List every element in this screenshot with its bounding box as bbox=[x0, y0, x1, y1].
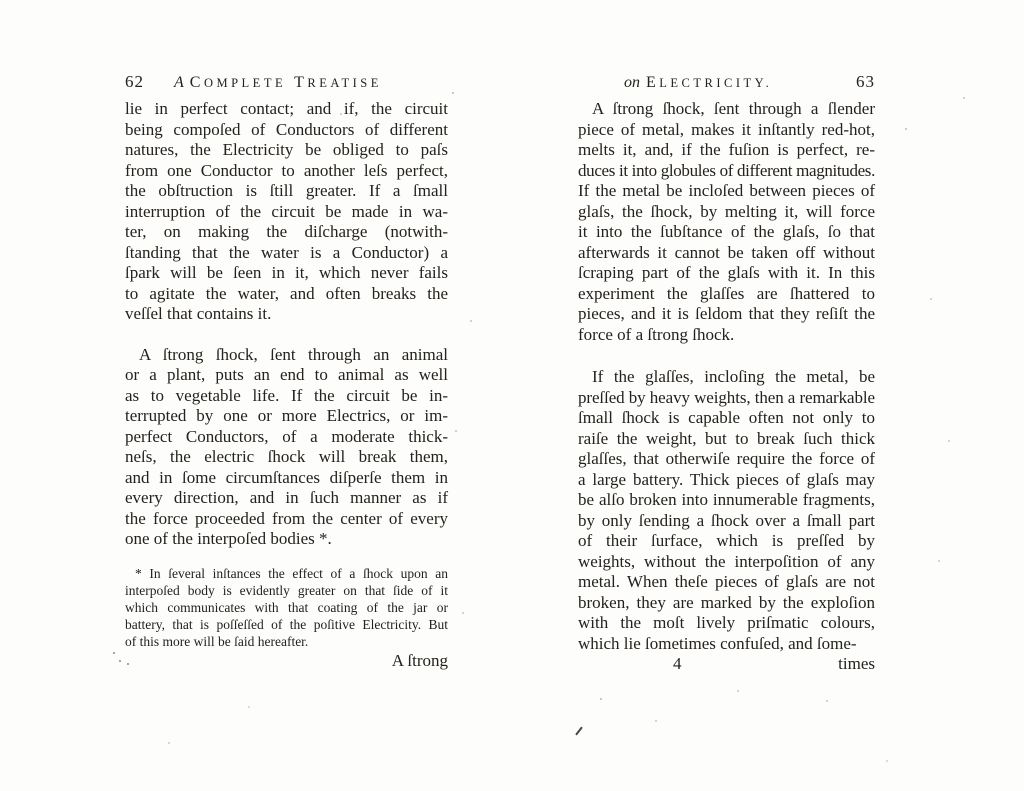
text-line: which lie ſometimes confuſed, and ſome- bbox=[578, 634, 875, 655]
text-line: battery, that is poſſeſſed of the poſiti… bbox=[125, 616, 448, 633]
scan-speck bbox=[470, 320, 472, 322]
scan-speck bbox=[930, 298, 932, 300]
scan-speck bbox=[938, 560, 940, 562]
scan-speck bbox=[655, 720, 657, 722]
title-word-rest: LECTRICITY. bbox=[659, 76, 772, 90]
text-line: If the glaſſes, incloſing the metal, be bbox=[578, 367, 875, 388]
running-header-right: onELECTRICITY. 63 bbox=[578, 72, 875, 96]
text-line: metal. When theſe pieces of glaſs are no… bbox=[578, 572, 875, 593]
title-italic-on: on bbox=[624, 74, 640, 91]
text-line: experiment the glaſſes are ſhattered to bbox=[578, 284, 875, 305]
text-line: force of a ſtrong ſhock. bbox=[578, 325, 875, 346]
page-number-right: 63 bbox=[856, 72, 875, 92]
scan-speck bbox=[340, 113, 342, 115]
text-line: ſtanding that the water is a Conductor) … bbox=[125, 243, 448, 264]
page-title-left: ACOMPLETETREATISE bbox=[174, 72, 382, 92]
text-line: ter, on making the diſcharge (notwith- bbox=[125, 222, 448, 243]
scan-speck bbox=[826, 700, 828, 702]
text-line: perfect Conductors, of a moderate thick- bbox=[125, 427, 448, 448]
running-header-left: 62 ACOMPLETETREATISE bbox=[125, 72, 448, 96]
text-line: interpoſed body is evidently greater on … bbox=[125, 582, 448, 599]
scan-speck bbox=[455, 430, 457, 432]
text-line: veſſel that contains it. bbox=[125, 304, 448, 325]
text-line: A ſtrong ſhock, ſent through a ſlender bbox=[578, 99, 875, 120]
text-line: to agitate the water, and often breaks t… bbox=[125, 284, 448, 305]
text-line: afterwards it cannot be taken off withou… bbox=[578, 243, 875, 264]
text-line: it into the ſubſtance of the glaſs, ſo t… bbox=[578, 222, 875, 243]
catchword-row-left: A ſtrong bbox=[125, 651, 448, 672]
text-line: be alſo broken into innumerable fragment… bbox=[578, 490, 875, 511]
scan-speck bbox=[113, 652, 115, 654]
scan-speck bbox=[168, 742, 170, 744]
scan-speck bbox=[948, 440, 950, 442]
scan-speck bbox=[452, 92, 454, 94]
title-word-initial: E bbox=[646, 74, 659, 91]
text-line: neſs, the electric ſhock will break them… bbox=[125, 447, 448, 468]
text-line: ſmall ſhock is capable often not only to bbox=[578, 408, 875, 429]
scan-speck bbox=[127, 663, 129, 665]
title-italic-a: A bbox=[174, 74, 184, 91]
scan-speck bbox=[600, 698, 602, 700]
text-line: and in ſome circumſtances diſperſe them … bbox=[125, 468, 448, 489]
text-line: preſſed by heavy weights, then a remarka… bbox=[578, 388, 875, 409]
text-line: broken, they are marked by the exploſion bbox=[578, 593, 875, 614]
page-right: onELECTRICITY. 63 A ſtrong ſhock, ſent t… bbox=[578, 72, 875, 675]
text-line: the force proceeded from the center of e… bbox=[125, 509, 448, 530]
text-line: glaſſes, that otherwiſe require the forc… bbox=[578, 449, 875, 470]
scan-stray-mark bbox=[575, 726, 583, 735]
text-line: ſcraping part of the glaſs with it. In t… bbox=[578, 263, 875, 284]
book-scan: 62 ACOMPLETETREATISE lie in perfect cont… bbox=[0, 0, 1024, 791]
text-line: a large battery. Thick pieces of glaſs m… bbox=[578, 470, 875, 491]
text-line: raiſe the weight, but to break ſuch thic… bbox=[578, 429, 875, 450]
paragraph: A ſtrong ſhock, ſent through a ſlenderpi… bbox=[578, 99, 875, 345]
text-line: * In ſeveral inſtances the effect of a ſ… bbox=[125, 565, 448, 582]
title-word2-rest: REATISE bbox=[307, 76, 382, 90]
text-line: being compoſed of Conductors of differen… bbox=[125, 120, 448, 141]
scan-speck bbox=[462, 612, 464, 614]
signature-mark: 4 bbox=[673, 654, 682, 675]
title-word1-rest: OMPLETE bbox=[204, 76, 286, 90]
text-line: the obſtruction is ſtill greater. If a ſ… bbox=[125, 181, 448, 202]
text-line: one of the interpoſed bodies *. bbox=[125, 529, 448, 550]
text-line: If the metal be incloſed between pieces … bbox=[578, 181, 875, 202]
text-line: melts it, and, if the fuſion is perfect,… bbox=[578, 140, 875, 161]
title-word1-initial: C bbox=[190, 74, 204, 91]
text-line: natures, the Electricity be obliged to p… bbox=[125, 140, 448, 161]
text-line: with the moſt lively priſmatic colours, bbox=[578, 613, 875, 634]
page-left: 62 ACOMPLETETREATISE lie in perfect cont… bbox=[125, 72, 448, 671]
scan-speck bbox=[886, 760, 888, 762]
text-line: ſpark will be ſeen in it, which never fa… bbox=[125, 263, 448, 284]
paragraph: A ſtrong ſhock, ſent through an animalor… bbox=[125, 345, 448, 550]
signature-catchword-row: 4 times bbox=[578, 654, 875, 675]
title-word2-initial: T bbox=[294, 74, 307, 91]
text-line: interruption of the circuit be made in w… bbox=[125, 202, 448, 223]
text-line: from one Conductor to another leſs perfe… bbox=[125, 161, 448, 182]
scan-speck bbox=[905, 128, 907, 130]
text-line: as to vegetable life. If the circuit be … bbox=[125, 386, 448, 407]
text-line: weights, without the interpoſition of an… bbox=[578, 552, 875, 573]
page-title-right: onELECTRICITY. bbox=[624, 72, 772, 92]
footnote: * In ſeveral inſtances the effect of a ſ… bbox=[125, 565, 448, 651]
text-line: of this more will be ſaid hereafter. bbox=[125, 633, 448, 650]
scan-speck bbox=[737, 690, 739, 692]
catchword-right: times bbox=[838, 654, 875, 675]
paragraph: lie in perfect contact; and if, the circ… bbox=[125, 99, 448, 325]
page-number-left: 62 bbox=[125, 72, 144, 92]
text-line: every direction, and in ſuch manner as i… bbox=[125, 488, 448, 509]
text-line: terrupted by one or more Electrics, or i… bbox=[125, 406, 448, 427]
text-line: piece of metal, makes it inſtantly red-h… bbox=[578, 120, 875, 141]
text-line: by only ſending a ſhock over a ſmall par… bbox=[578, 511, 875, 532]
text-line: pieces, and it is ſeldom that they reſiſ… bbox=[578, 304, 875, 325]
paragraph: If the glaſſes, incloſing the metal, bep… bbox=[578, 367, 875, 654]
scan-speck bbox=[963, 97, 965, 99]
catchword-left: A ſtrong bbox=[392, 651, 448, 672]
text-line: or a plant, puts an end to animal as wel… bbox=[125, 365, 448, 386]
scan-speck bbox=[119, 660, 121, 662]
text-line: lie in perfect contact; and if, the circ… bbox=[125, 99, 448, 120]
text-line: duces it into globules of different magn… bbox=[578, 161, 875, 182]
text-line: which communicates with that coating of … bbox=[125, 599, 448, 616]
scan-speck bbox=[248, 706, 250, 708]
text-line: A ſtrong ſhock, ſent through an animal bbox=[125, 345, 448, 366]
text-line: glaſs, the ſhock, by melting it, will fo… bbox=[578, 202, 875, 223]
text-line: of their ſurface, which is preſſed by bbox=[578, 531, 875, 552]
